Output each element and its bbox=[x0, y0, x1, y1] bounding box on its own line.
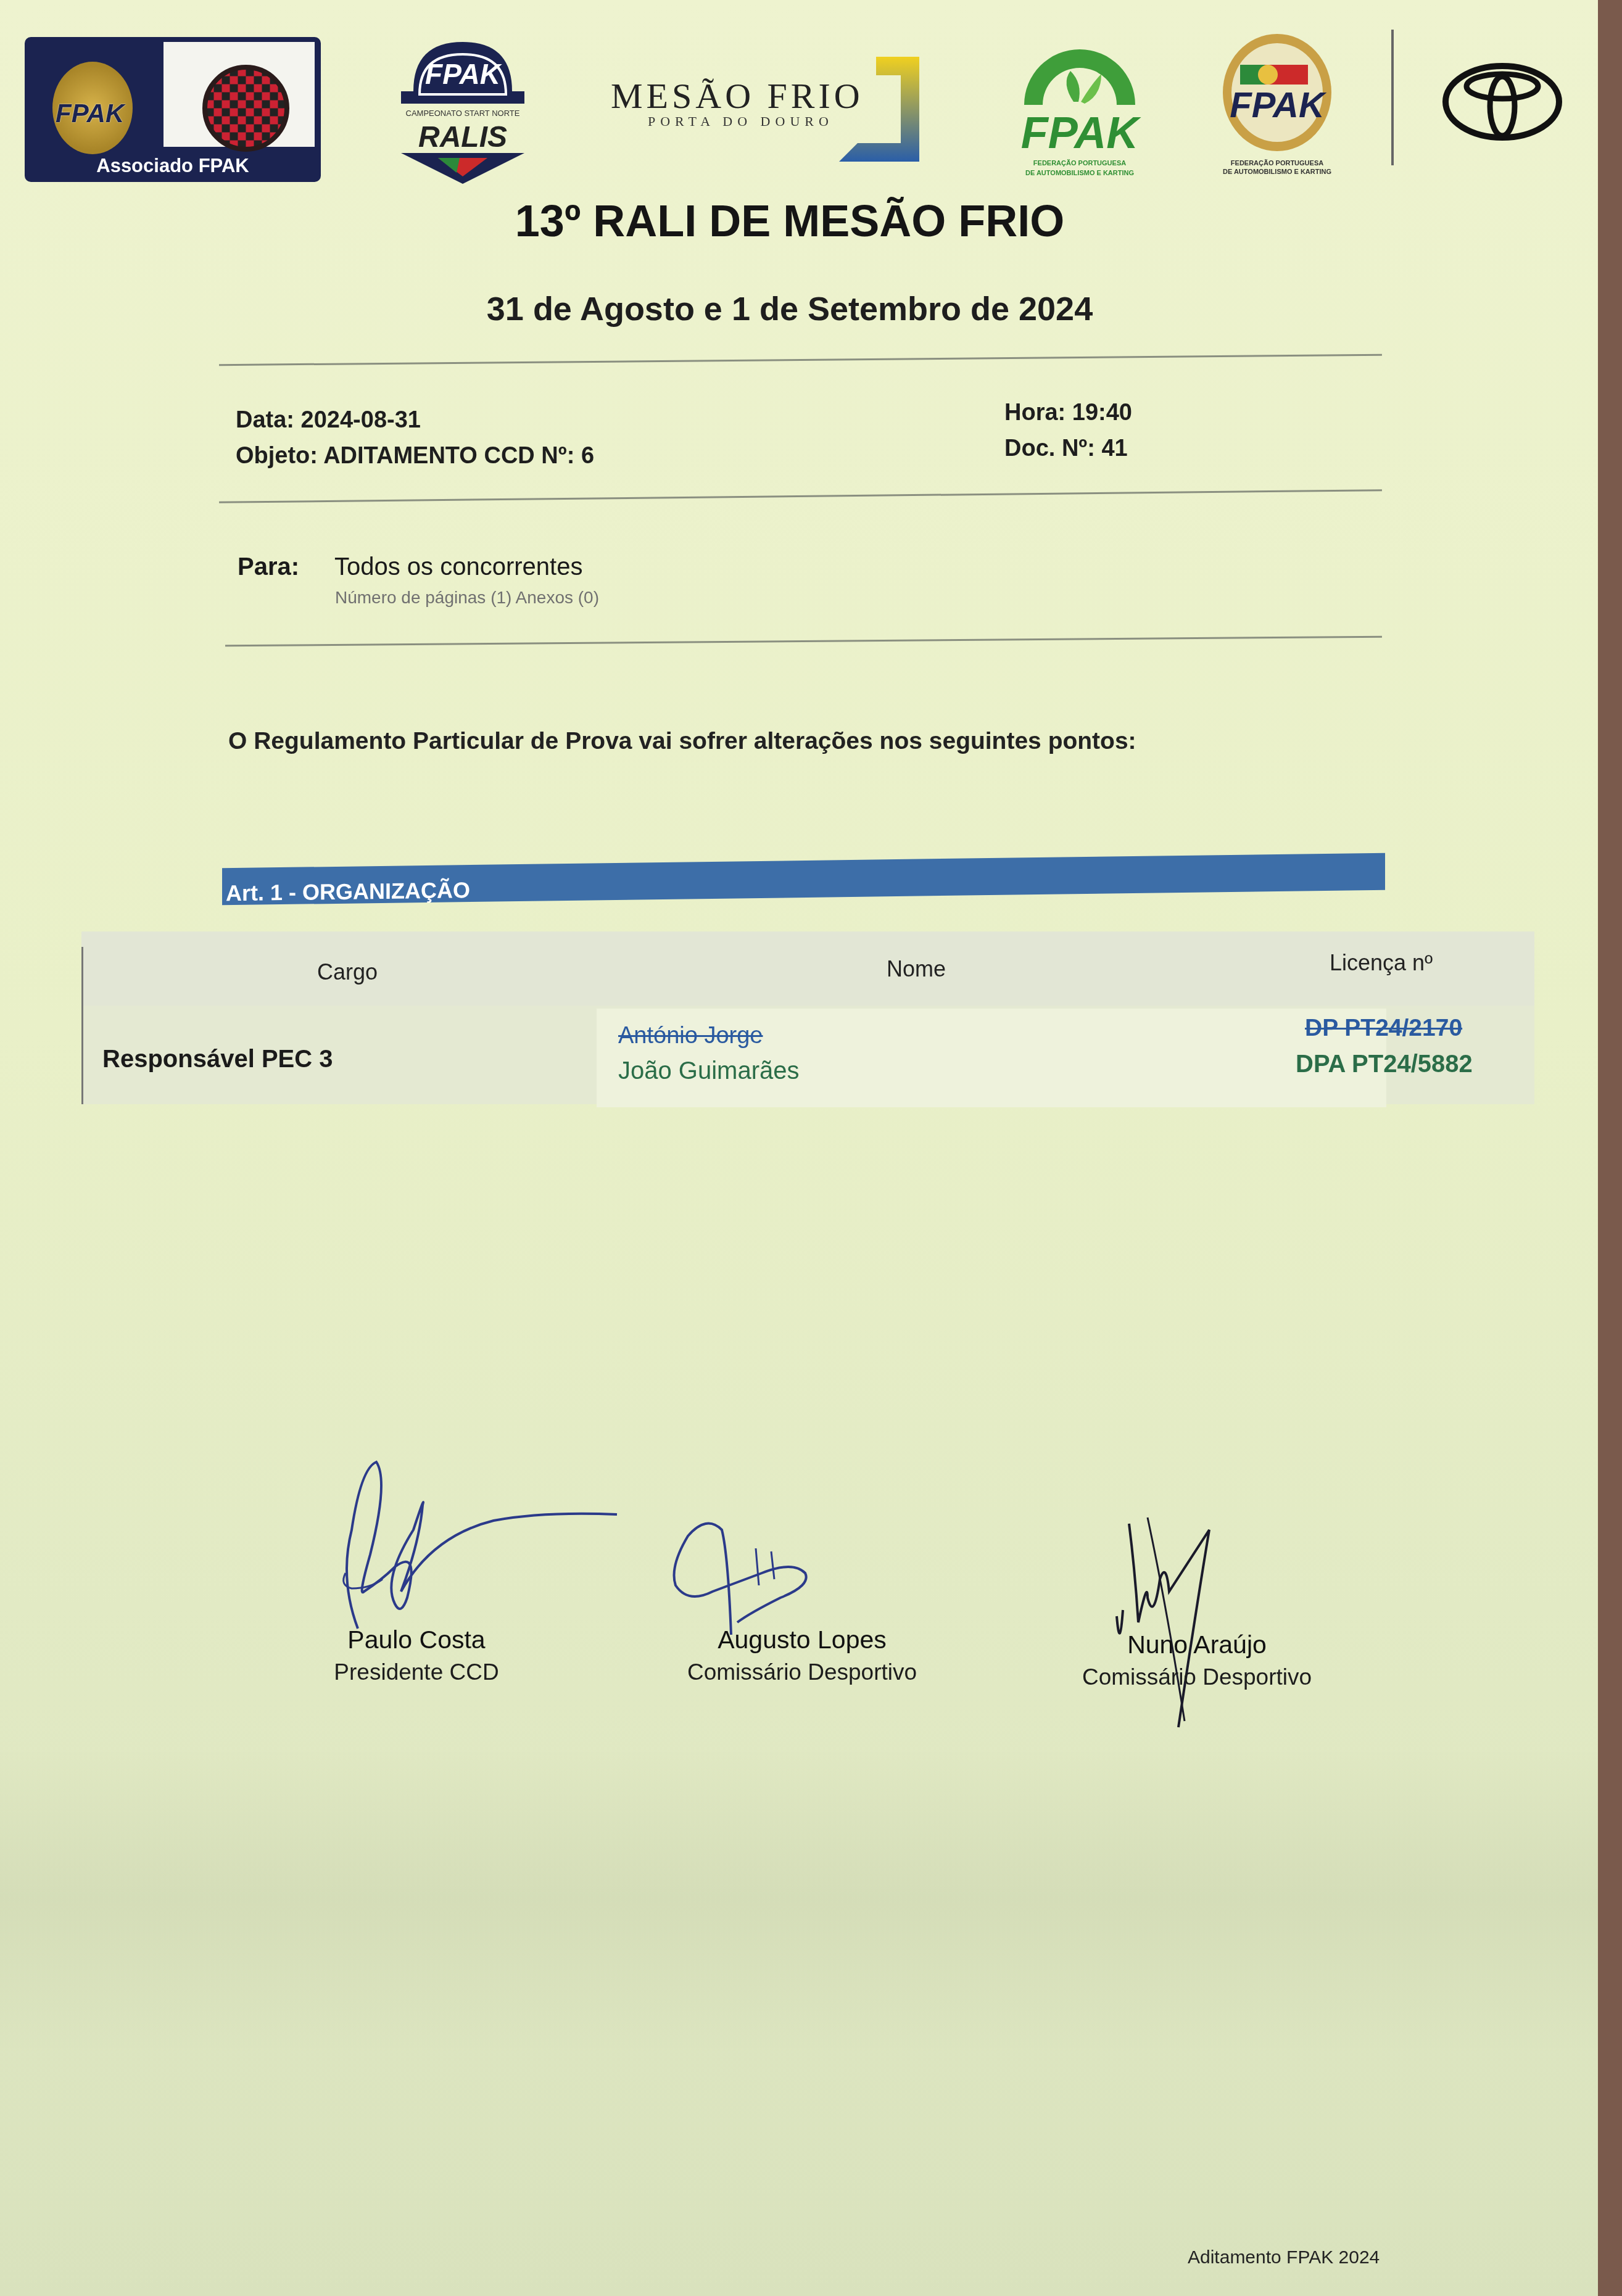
date-field: Data: 2024-08-31 bbox=[236, 407, 421, 434]
svg-text:FPAK: FPAK bbox=[1230, 85, 1327, 125]
cell-licenca-old: DP PT24/2170 bbox=[1305, 1015, 1462, 1042]
document-subtitle: 31 de Agosto e 1 de Setembro de 2024 bbox=[0, 290, 1579, 328]
document-page: FPAK Associado FPAK FPAK CAMPEONATO STAR… bbox=[0, 0, 1598, 2296]
divider bbox=[219, 489, 1382, 503]
column-header-nome: Nome bbox=[887, 956, 946, 982]
signature-nuno-araujo bbox=[1111, 1511, 1234, 1733]
campeonato-ralis-logo: FPAK CAMPEONATO START NORTE RALIS bbox=[376, 36, 549, 184]
svg-text:DE AUTOMOBILISMO E KARTING: DE AUTOMOBILISMO E KARTING bbox=[1223, 168, 1331, 176]
logo-caption: Associado FPAK bbox=[25, 155, 321, 177]
fpak-badge-icon: FPAK bbox=[52, 62, 133, 154]
recipients-label: Para: bbox=[238, 553, 299, 581]
signature-augusto-lopes bbox=[663, 1518, 867, 1641]
svg-text:RALIS: RALIS bbox=[418, 121, 507, 154]
signatory-role: Presidente CCD bbox=[293, 1659, 540, 1685]
svg-text:DE AUTOMOBILISMO E KARTING: DE AUTOMOBILISMO E KARTING bbox=[1025, 170, 1134, 177]
cell-nome-new: João Guimarães bbox=[618, 1057, 799, 1085]
club-emblem-icon bbox=[202, 65, 289, 152]
article-heading-bar: Art. 1 - ORGANIZAÇÃO bbox=[222, 853, 1385, 906]
table-header-row bbox=[81, 931, 1534, 1006]
page-count-note: Número de páginas (1) Anexos (0) bbox=[335, 588, 599, 608]
signatory-role: Comissário Desportivo bbox=[672, 1659, 932, 1685]
organization-table: Cargo Nome Licença nº Responsável PEC 3 … bbox=[81, 931, 1534, 1104]
fpak-green-logo: FPAK FEDERAÇÃO PORTUGUESA DE AUTOMOBILIS… bbox=[999, 25, 1160, 185]
fpak-gold-logo: FPAK FEDERAÇÃO PORTUGUESA DE AUTOMOBILIS… bbox=[1209, 31, 1351, 179]
cell-cargo: Responsável PEC 3 bbox=[102, 1046, 333, 1073]
paper-fold-shadow bbox=[0, 1746, 1598, 2054]
signatory-name: Paulo Costa bbox=[293, 1625, 540, 1654]
mesao-frio-logo: MESÃO FRIO PORTA DO DOURO bbox=[611, 57, 932, 162]
signature-block: Paulo Costa Presidente CCD bbox=[293, 1625, 540, 1685]
signature-block: Augusto Lopes Comissário Desportivo bbox=[672, 1625, 932, 1685]
doc-number-field: Doc. Nº: 41 bbox=[1004, 436, 1128, 462]
column-header-licenca: Licença nº bbox=[1330, 950, 1433, 976]
footer-text: Aditamento FPAK 2024 bbox=[1188, 2247, 1380, 2268]
article-heading: Art. 1 - ORGANIZAÇÃO bbox=[226, 877, 470, 906]
signature-paulo-costa bbox=[333, 1456, 629, 1641]
time-field: Hora: 19:40 bbox=[1004, 400, 1132, 426]
cell-licenca-new: DPA PT24/5882 bbox=[1296, 1051, 1473, 1078]
cell-nome-old: António Jorge bbox=[618, 1023, 763, 1049]
recipients-value: Todos os concorrentes bbox=[334, 553, 582, 581]
signature-block: Nuno Araújo Comissário Desportivo bbox=[1061, 1630, 1333, 1690]
signatory-name: Nuno Araújo bbox=[1061, 1630, 1333, 1659]
svg-text:FPAK: FPAK bbox=[1021, 109, 1142, 158]
divider bbox=[225, 636, 1382, 647]
divider bbox=[219, 354, 1382, 366]
svg-text:FPAK: FPAK bbox=[425, 58, 502, 90]
svg-text:CAMPEONATO START NORTE: CAMPEONATO START NORTE bbox=[406, 109, 520, 118]
signatory-name: Augusto Lopes bbox=[672, 1625, 932, 1654]
logo-divider bbox=[1391, 30, 1394, 165]
signatory-role: Comissário Desportivo bbox=[1061, 1664, 1333, 1690]
subject-field: Objeto: ADITAMENTO CCD Nº: 6 bbox=[236, 443, 594, 469]
svg-text:FEDERAÇÃO PORTUGUESA: FEDERAÇÃO PORTUGUESA bbox=[1033, 159, 1126, 167]
svg-text:FEDERAÇÃO PORTUGUESA: FEDERAÇÃO PORTUGUESA bbox=[1231, 159, 1323, 167]
toyota-logo bbox=[1441, 62, 1564, 142]
document-title: 13º RALI DE MESÃO FRIO bbox=[0, 196, 1579, 247]
column-header-cargo: Cargo bbox=[317, 959, 378, 985]
intro-text: O Regulamento Particular de Prova vai so… bbox=[228, 728, 1136, 755]
associado-fpak-logo: FPAK Associado FPAK bbox=[25, 37, 321, 182]
